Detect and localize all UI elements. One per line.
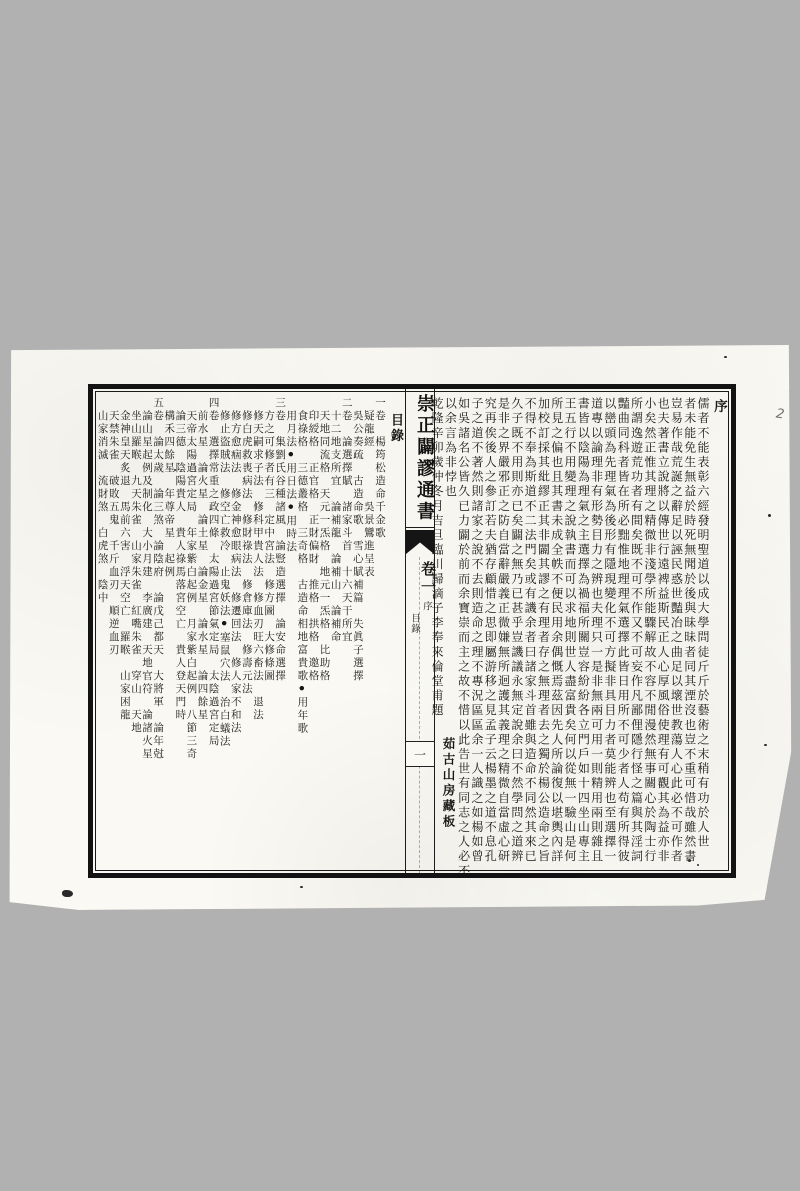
ink-speck [300, 886, 303, 888]
toc-column: 修白虎救喪病法 修財祿法 修倉庫法 修壽元法 [240, 397, 251, 865]
volume-label: 卷一 [406, 561, 434, 597]
preface-column: 也夫著書立說將以傳世行遠裨益斯民正人心厚風俗使理有可觀其為益亦非 [657, 397, 669, 865]
preface-column: 子之道不著然則諸家之說不去則造命之理不專況區區余一人識之如楊如曾 [471, 397, 483, 865]
toc-column: 山家消滅 流財煞 白虎煞 陰中 [96, 397, 107, 865]
preface-column: 儒者不能表彰六經發明聖道以成大學問徒斤斤於藝術之末稍有功於人世 [697, 397, 709, 865]
toc-column: 修天嗣求子法 修科甲貴人法 修血刃旺六畜法 退法 [251, 397, 262, 865]
preface-column: 是非之界嚴邪正之防自當辭嚴義正微嫌無所迴護其義理之精微自當虛心研 [498, 397, 510, 865]
pencil-mark: 2 [775, 406, 785, 422]
toc-column: 印綬格 正官格 正財偏財 推格 拱格 邀格 [307, 397, 318, 865]
preface-column: 者未能免生無益於時死無聞於後與昧昧者同其湮沒也豈不重可惜哉雖然書 [684, 397, 696, 865]
preface-column: 不得不奉為斯道不二法門矣或有譏余者曰諸家斗首雖與造命不同然其來已 [524, 397, 536, 865]
page-number: 一 [406, 741, 434, 767]
preface-column: 豔曲同科者皆在所必黜惟地理理氣選擇此皆日用所不可少者人苟有所得彼 [617, 397, 629, 865]
fold-crease-line [419, 557, 420, 873]
section-marker-preface: 序 [421, 601, 431, 611]
preface-title: 序 [713, 399, 725, 865]
toc-column: 二卷 論選擇賦 諸家斗首 十六天干所宜 [340, 397, 351, 865]
book-page: 序 儒者不能表彰六經發明聖道以成大學問徒斤斤於藝術之末稍有功於人世者未能免生無益… [8, 345, 792, 910]
toc-column: 用月法●用日法●用時法 [285, 397, 296, 865]
ink-speck [688, 859, 691, 862]
ink-blob [62, 890, 73, 897]
toc-column: 食祿格 三德叢格 三奇格 古造命相地富貴歌●用年歌 [296, 397, 307, 865]
preface-column: 以巒頭為先理氣為後形有隱現變化不可方擬非具目力者莫能辨也至選擇一 [604, 397, 616, 865]
toc-column: 前水星 論火星 論土星 論金星 論水星 論四餘星 [196, 397, 207, 865]
banxin-spine-column: 崇正闢謬通書 卷一 序 目錄 一 [405, 389, 435, 873]
preface-column: 小矣然正惟其理之精微非淺學所能驟解故不容不閒漫然無事關心於陶士行 [644, 397, 656, 865]
fishtail-ornament-icon [406, 530, 434, 554]
toc-column: 天禁朱雀 破敗五鬼 千斤血刃 順逆血刃 [107, 397, 118, 865]
scanner-background: 序 儒者不能表彰六經發明聖道以成大學問徒斤斤於藝術之末稍有功於人世者未能免生無益… [0, 0, 800, 1191]
preface-column: 如吳諸名公皆久已力闢於前而余寶崇而主之故不惜以此告世有同志之人必不 [458, 397, 470, 865]
toc-column: 論山星起例及制化 大小月建 李廣建 天地官符 論諸火星 [141, 397, 152, 865]
toc-column: 構禾四餘星 年尊帝星 起例 [163, 397, 174, 865]
preface-section: 序 儒者不能表彰六經發明聖道以成大學問徒斤斤於藝術之末稍有功於人世者未能免生無益… [433, 397, 725, 865]
book-title: 崇正闢謬通書 [406, 394, 434, 528]
toc-column: 十二地支所宜 論補龍 論補山 論補命 [329, 397, 340, 865]
toc-column: 疑龍經 吳景鸞進呈表 [362, 397, 373, 865]
section-marker-toc: 目錄 [409, 613, 419, 634]
toc-column: 三卷 集劉氏谷種諸風 論豎造選擇 論安命選擇 [274, 397, 285, 865]
ink-speck [764, 744, 767, 746]
preface-column: 久子既不用則亦已矣闢之無乃已甚乎豈譏議永無定說余曰不然學問之道辨 [511, 397, 523, 865]
toc-column: 天帝太陽過宮定局 年家紫白起例 月家紫白起例 八節三奇 [185, 397, 196, 865]
toc-column: 修止盜賊法 修空亡救冷 止鬼妖法●塞鼠穴法 治白蟻法 [218, 397, 229, 865]
toc-section: 目錄 一卷 楊筠松造命千金歌 疑龍經 吳景鸞進呈表 吳公奏疏 古造命歌 雪心賦補… [99, 397, 401, 865]
ink-speck [724, 356, 727, 358]
preface-column: 豈易作哉荒誕之辭足以誣民惑世豔冶之曲足以壞世教蕩人心此必不可作者 [670, 397, 682, 865]
toc-column: 天地同流格 天元一炁格 地元一炁格 比助格 [318, 397, 329, 865]
toc-column: 金神皇天炙退 馬前六害 浮天空亡 羅睺 山家困龍 [118, 397, 129, 865]
toc-column: 論三德 陰陽貴人 貴人祿馬落宮空亡 貴人登天門時 [174, 397, 185, 865]
toc-column: 四卷 選擇常重之政四條 太陽過宮節氣定局 太陰過宮定局 [207, 397, 218, 865]
ink-speck [174, 469, 176, 471]
ink-speck [789, 390, 793, 393]
preface-column: 加校訂採其紕繆正其非闢其謬之有理者存之無理者去之獨於楊公造命之旨 [537, 397, 549, 865]
publisher-colophon: 茹古山房藏板 [441, 737, 454, 830]
preface-column: 所見之偏也且其書未成全帙不便民用余偶慨焉茲因先人所論復以堪輿內詳 [551, 397, 563, 865]
preface-column: 所謂逸遊荒功者有間矣既不可不作又不可妄作凡鄙俚隱行怪之篇與其淫詞 [631, 397, 643, 865]
toc-title: 目錄 [387, 413, 401, 865]
preface-column: 究再俟後人之參訂若夫猶存顧惜之思即屬游移之見孟子云楊墨之道不息孔 [484, 397, 496, 865]
preface-column: 王五行不用變理之說執書而可以求地則世人盡富貴矣何以從無一驗山是何 [564, 397, 576, 865]
toc-column: 方之可修者有三 定中宮法 修方圖 大修條圖 [263, 397, 274, 865]
toc-column: 坐山羅睺 九天朱雀 山家朱雀 紅嘴朱雀 穿山 天地 [129, 397, 140, 865]
printed-border-frame: 序 儒者不能表彰六經發明聖道以成大學問徒斤斤於藝術之末稍有功於人世者未能免生無益… [88, 384, 736, 878]
preface-column: 書皆以陰陽為理氣之主選擇為禍福所關豈容紛紛各立門戶如十四坐山專主 [577, 397, 589, 865]
ink-speck [768, 514, 771, 517]
toc-column: 一卷 楊筠松造命千金歌 [374, 397, 385, 865]
toc-column: 五卷 論太歲 論三煞 論陰府 論戊己都天 大將軍 論年尅 [152, 397, 163, 865]
ink-speck [697, 864, 699, 866]
toc-column: 修方愈痼法 修金神愈眼病法 修遷回法 修人家不和法 [229, 397, 240, 865]
toc-column: 吳公奏疏 古造命歌 雪心賦補篇 失眞子選擇 [351, 397, 362, 865]
preface-column: 道專以論理非有形勢目力之辨也夫理只一是非無兩可用一則精用兩則雜且 [591, 397, 603, 865]
